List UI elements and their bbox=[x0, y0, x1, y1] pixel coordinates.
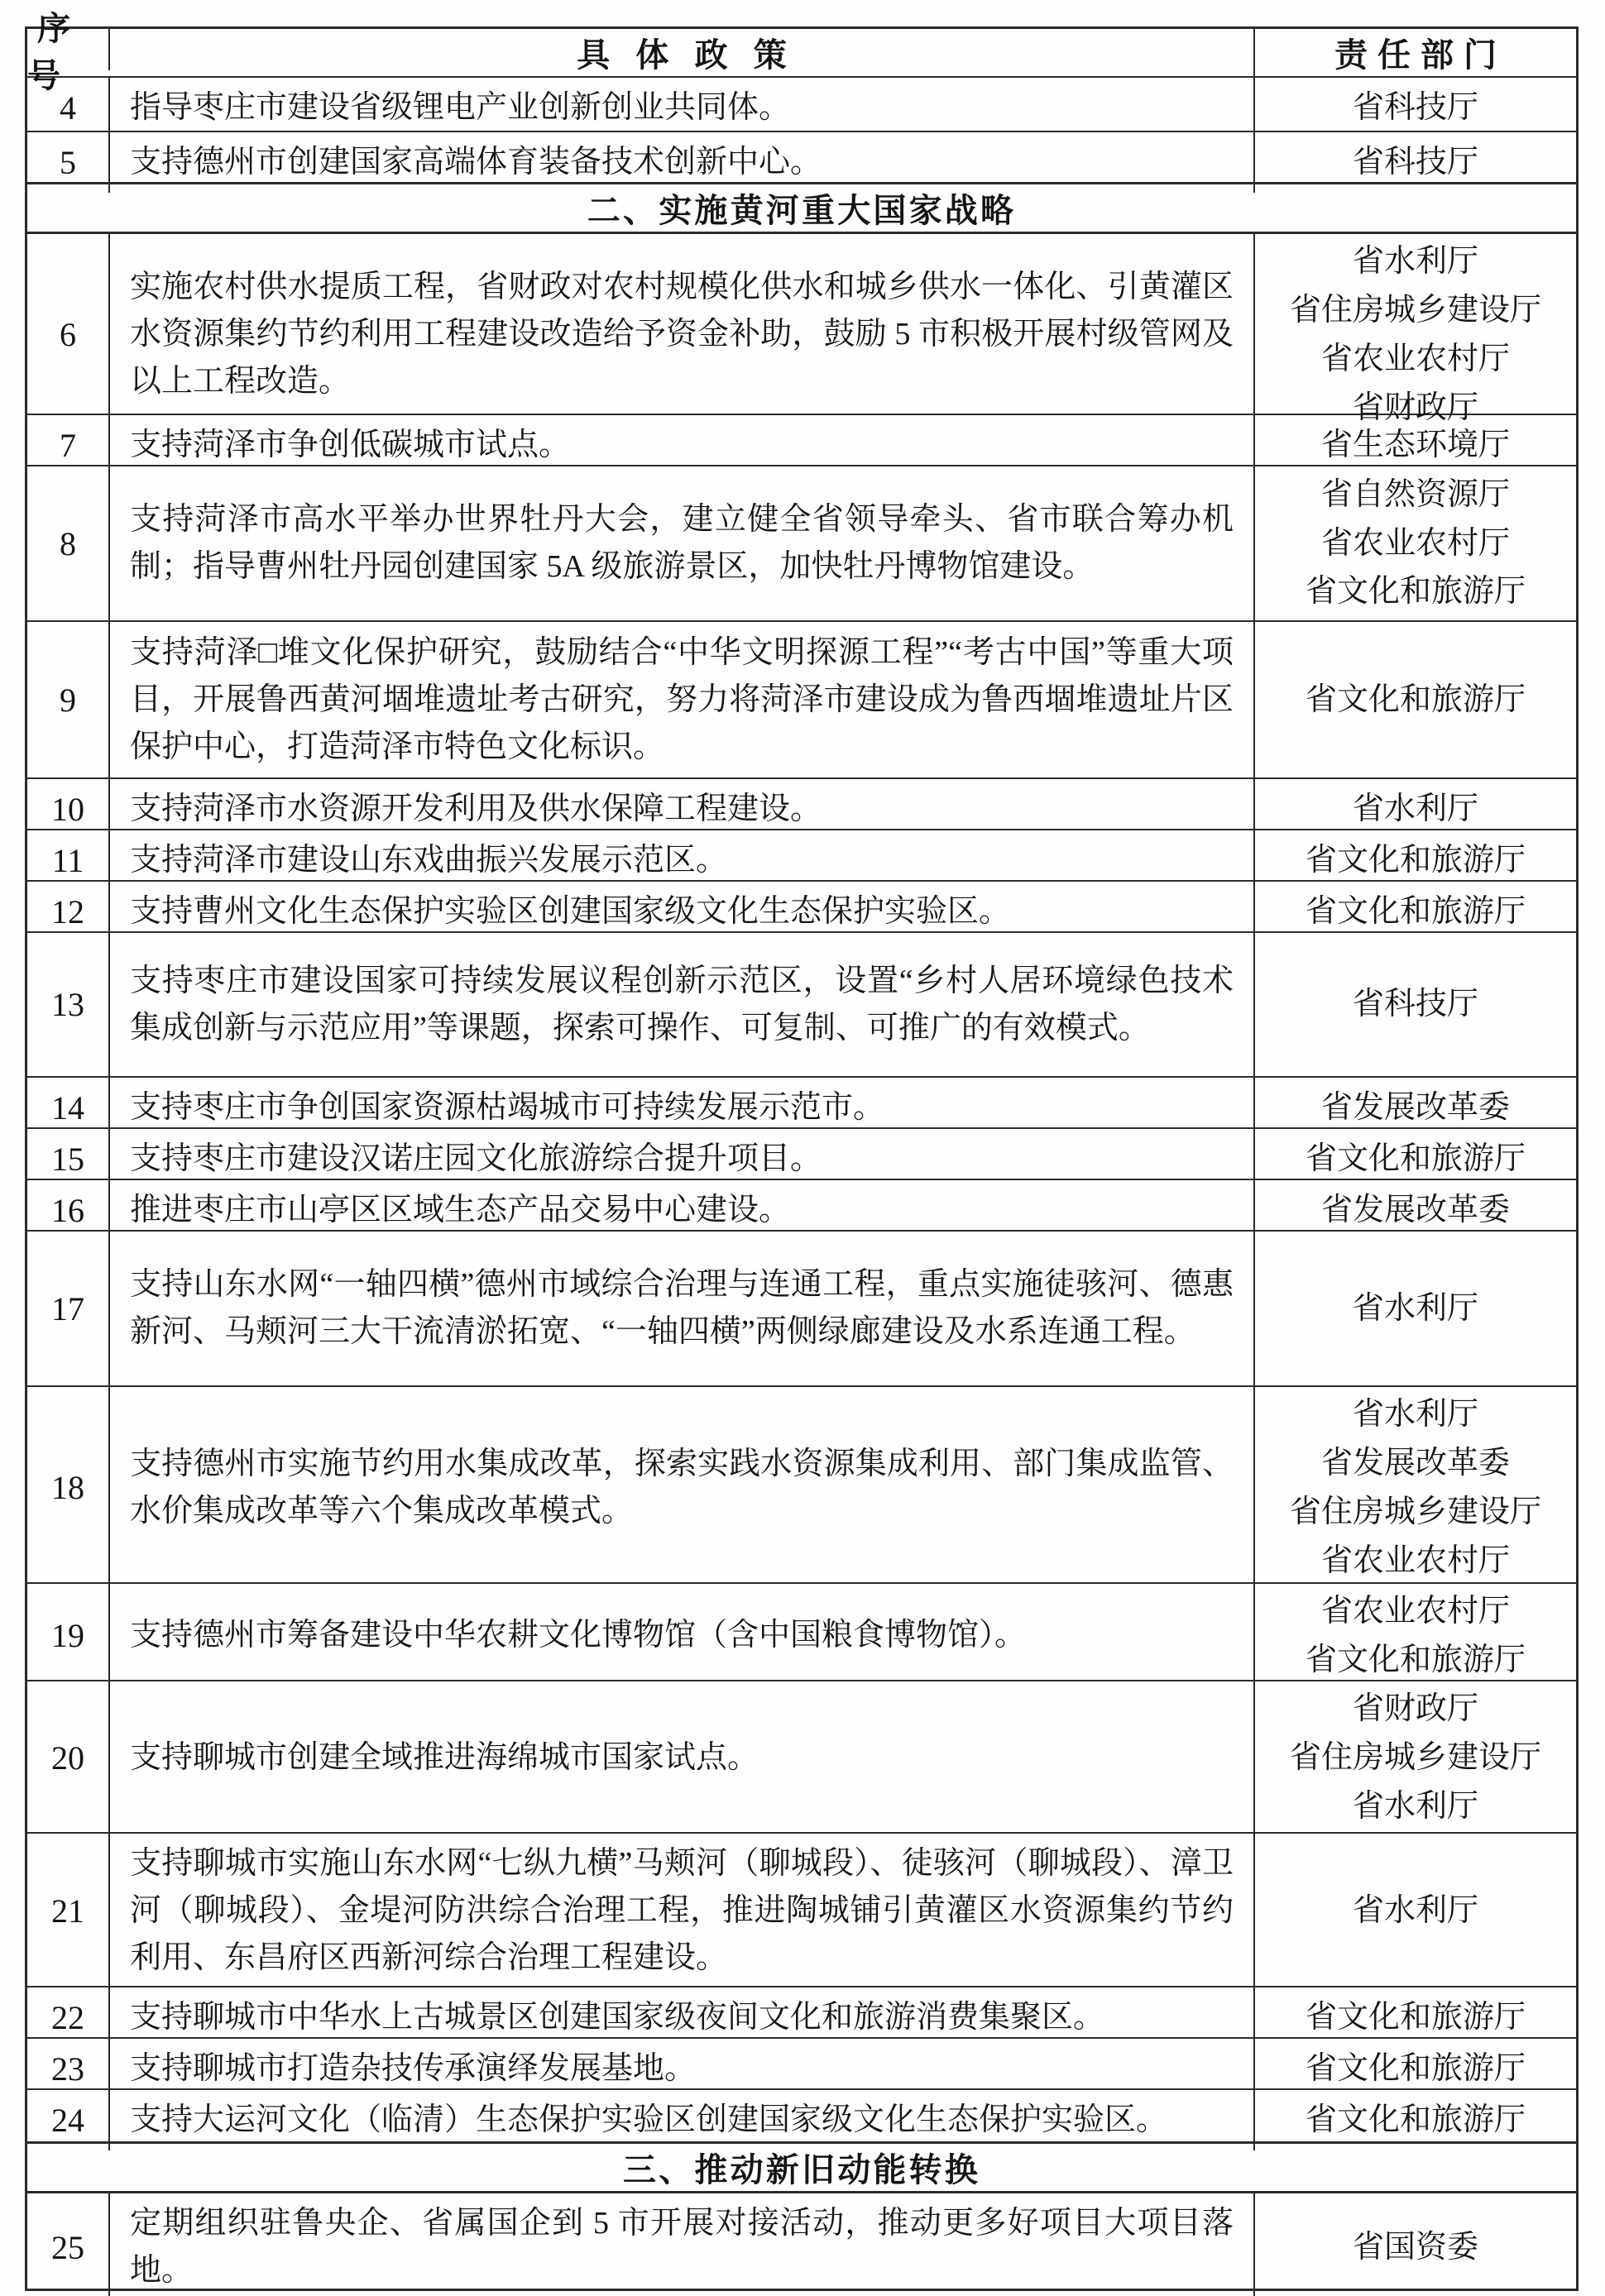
table-row: 5 支持德州市创建国家高端体育装备技术创新中心。 省科技厅 bbox=[27, 131, 1576, 182]
department-line: 省生态环境厅 bbox=[1321, 421, 1510, 470]
row-number-cell: 20 bbox=[27, 1681, 110, 1834]
department-line: 省水利厅 bbox=[1353, 1782, 1478, 1831]
table-row: 10 支持菏泽市水资源开发利用及供水保障工程建设。 省水利厅 bbox=[27, 777, 1576, 829]
department-line: 省文化和旅游厅 bbox=[1306, 2096, 1526, 2145]
table-row: 15 支持枣庄市建设汉诺庄园文化旅游综合提升项目。 省文化和旅游厅 bbox=[27, 1127, 1576, 1179]
row-number-cell: 19 bbox=[27, 1584, 110, 1688]
department-line: 省住房城乡建设厅 bbox=[1290, 1488, 1541, 1537]
policy-text: 支持枣庄市建设汉诺庄园文化旅游综合提升项目。 bbox=[130, 1136, 1234, 1183]
policy-cell: 支持德州市实施节约用水集成改革，探索实践水资源集成利用、部门集成监管、水价集成改… bbox=[110, 1387, 1255, 1589]
department-line: 省发展改革委 bbox=[1321, 1186, 1510, 1235]
department-line: 省科技厅 bbox=[1353, 84, 1478, 132]
department-line: 省国资委 bbox=[1353, 2223, 1478, 2272]
policy-text: 实施农村供水提质工程，省财政对农村规模化供水和城乡供水一体化、引黄灌区水资源集约… bbox=[130, 264, 1234, 405]
header-policy: 具体政策 bbox=[110, 29, 1255, 76]
department-cell: 省国资委 bbox=[1255, 2193, 1576, 2296]
policy-text: 支持德州市实施节约用水集成改革，探索实践水资源集成利用、部门集成监管、水价集成改… bbox=[130, 1441, 1234, 1535]
table-row: 20 支持聊城市创建全域推进海绵城市国家试点。 省财政厅 省住房城乡建设厅 省水… bbox=[27, 1680, 1576, 1832]
department-cell: 省科技厅 bbox=[1255, 78, 1576, 138]
department-line: 省水利厅 bbox=[1353, 237, 1478, 286]
row-number-cell: 6 bbox=[27, 234, 110, 436]
policy-cell: 支持大运河文化（临清）生态保护实验区创建国家级文化生态保护实验区。 bbox=[110, 2090, 1255, 2150]
policy-text: 支持德州市筹备建设中华农耕文化博物馆（含中国粮食博物馆）。 bbox=[130, 1612, 1234, 1659]
policy-text: 定期组织驻鲁央企、省属国企到 5 市开展对接活动，推动更多好项目大项目落地。 bbox=[130, 2200, 1234, 2294]
policy-cell: 支持枣庄市建设国家可持续发展议程创新示范区，设置“乡村人居环境绿色技术集成创新与… bbox=[110, 933, 1255, 1076]
row-number-cell: 13 bbox=[27, 933, 110, 1076]
policy-text: 支持菏泽市高水平举办世界牡丹大会，建立健全省领导牵头、省市联合筹办机制；指导曹州… bbox=[130, 496, 1234, 591]
table-row: 19 支持德州市筹备建设中华农耕文化博物馆（含中国粮食博物馆）。 省农业农村厅 … bbox=[27, 1582, 1576, 1680]
policy-text: 支持聊城市打造杂技传承演绎发展基地。 bbox=[130, 2045, 1234, 2093]
policy-text: 指导枣庄市建设省级锂电产业创新创业共同体。 bbox=[130, 84, 1234, 132]
header-serial-number: 序号 bbox=[27, 29, 110, 70]
department-cell: 省水利厅 省住房城乡建设厅 省农业农村厅 省财政厅 bbox=[1255, 234, 1576, 436]
table-row: 9 支持菏泽□堆文化保护研究，鼓励结合“中华文明探源工程”“考古中国”等重大项目… bbox=[27, 620, 1576, 777]
row-number-cell: 21 bbox=[27, 1834, 110, 1988]
policy-text: 支持枣庄市建设国家可持续发展议程创新示范区，设置“乡村人居环境绿色技术集成创新与… bbox=[130, 958, 1234, 1052]
policy-cell: 定期组织驻鲁央企、省属国企到 5 市开展对接活动，推动更多好项目大项目落地。 bbox=[110, 2193, 1255, 2296]
table-row: 13 支持枣庄市建设国家可持续发展议程创新示范区，设置“乡村人居环境绿色技术集成… bbox=[27, 931, 1576, 1076]
policy-text: 支持聊城市创建全域推进海绵城市国家试点。 bbox=[130, 1734, 1234, 1782]
policy-cell: 支持聊城市实施山东水网“七纵九横”马颊河（聊城段）、徒骇河（聊城段）、漳卫河（聊… bbox=[110, 1834, 1255, 1988]
department-line: 省文化和旅游厅 bbox=[1306, 887, 1526, 936]
department-cell: 省文化和旅游厅 bbox=[1255, 2090, 1576, 2150]
table-row: 7 支持菏泽市争创低碳城市试点。 省生态环境厅 bbox=[27, 414, 1576, 465]
policy-cell: 支持聊城市创建全域推进海绵城市国家试点。 bbox=[110, 1681, 1255, 1834]
table-row: 21 支持聊城市实施山东水网“七纵九横”马颊河（聊城段）、徒骇河（聊城段）、漳卫… bbox=[27, 1832, 1576, 1986]
department-line: 省农业农村厅 bbox=[1321, 519, 1510, 568]
table-row: 17 支持山东水网“一轴四横”德州市域综合治理与连通工程，重点实施徒骇河、德惠新… bbox=[27, 1230, 1576, 1385]
policy-text: 支持山东水网“一轴四横”德州市域综合治理与连通工程，重点实施徒骇河、德惠新河、马… bbox=[130, 1261, 1234, 1356]
policy-text: 支持聊城市中华水上古城景区创建国家级夜间文化和旅游消费集聚区。 bbox=[130, 1994, 1234, 2041]
department-line: 省财政厅 bbox=[1353, 1685, 1478, 1734]
section-title: 二、实施黄河重大国家战略 bbox=[587, 184, 1016, 232]
policy-cell: 支持菏泽□堆文化保护研究，鼓励结合“中华文明探源工程”“考古中国”等重大项目，开… bbox=[110, 622, 1255, 777]
department-cell: 省科技厅 bbox=[1255, 132, 1576, 193]
table-row: 24 支持大运河文化（临清）生态保护实验区创建国家级文化生态保护实验区。 省文化… bbox=[27, 2088, 1576, 2141]
row-number-cell: 8 bbox=[27, 466, 110, 620]
document-page: 序号 具体政策 责任部门 4 指导枣庄市建设省级锂电产业创新创业共同体。 省科技… bbox=[0, 0, 1605, 2296]
policy-text: 支持菏泽市争创低碳城市试点。 bbox=[130, 422, 1234, 469]
policy-cell: 支持山东水网“一轴四横”德州市域综合治理与连通工程，重点实施徒骇河、德惠新河、马… bbox=[110, 1232, 1255, 1385]
department-cell: 省财政厅 省住房城乡建设厅 省水利厅 bbox=[1255, 1681, 1576, 1834]
policy-text: 支持枣庄市争创国家资源枯竭城市可持续发展示范市。 bbox=[130, 1084, 1234, 1131]
table-row: 4 指导枣庄市建设省级锂电产业创新创业共同体。 省科技厅 bbox=[27, 76, 1576, 131]
table-row: 12 支持曹州文化生态保护实验区创建国家级文化生态保护实验区。 省文化和旅游厅 bbox=[27, 880, 1576, 931]
policy-text: 支持菏泽□堆文化保护研究，鼓励结合“中华文明探源工程”“考古中国”等重大项目，开… bbox=[130, 629, 1234, 771]
table-row: 6 实施农村供水提质工程，省财政对农村规模化供水和城乡供水一体化、引黄灌区水资源… bbox=[27, 232, 1576, 414]
header-department: 责任部门 bbox=[1255, 29, 1576, 76]
table-row: 8 支持菏泽市高水平举办世界牡丹大会，建立健全省领导牵头、省市联合筹办机制；指导… bbox=[27, 465, 1576, 620]
table-row: 16 推进枣庄市山亭区区域生态产品交易中心建设。 省发展改革委 bbox=[27, 1179, 1576, 1230]
policy-table: 序号 具体政策 责任部门 4 指导枣庄市建设省级锂电产业创新创业共同体。 省科技… bbox=[25, 26, 1579, 2291]
department-line: 省水利厅 bbox=[1353, 1284, 1478, 1333]
department-line: 省农业农村厅 bbox=[1321, 1587, 1510, 1636]
department-line: 省水利厅 bbox=[1353, 785, 1478, 834]
department-line: 省发展改革委 bbox=[1321, 1083, 1510, 1132]
row-number-cell: 5 bbox=[27, 132, 110, 193]
policy-cell: 指导枣庄市建设省级锂电产业创新创业共同体。 bbox=[110, 78, 1255, 138]
policy-text: 支持大运河文化（临清）生态保护实验区创建国家级文化生态保护实验区。 bbox=[130, 2097, 1234, 2144]
department-line: 省水利厅 bbox=[1353, 1390, 1478, 1439]
policy-text: 支持聊城市实施山东水网“七纵九横”马颊河（聊城段）、徒骇河（聊城段）、漳卫河（聊… bbox=[130, 1840, 1234, 1982]
section-title: 三、推动新旧动能转换 bbox=[623, 2144, 980, 2191]
department-line: 省文化和旅游厅 bbox=[1306, 1636, 1526, 1685]
department-line: 省住房城乡建设厅 bbox=[1290, 1734, 1541, 1782]
department-line: 省发展改革委 bbox=[1321, 1439, 1510, 1488]
table-header-row: 序号 具体政策 责任部门 bbox=[27, 29, 1576, 76]
department-line: 省文化和旅游厅 bbox=[1306, 2045, 1526, 2093]
department-line: 省文化和旅游厅 bbox=[1306, 676, 1526, 725]
department-line: 省住房城乡建设厅 bbox=[1290, 286, 1541, 335]
department-cell: 省科技厅 bbox=[1255, 933, 1576, 1076]
department-line: 省科技厅 bbox=[1353, 980, 1478, 1029]
department-line: 省农业农村厅 bbox=[1321, 1537, 1510, 1586]
table-row: 25 定期组织驻鲁央企、省属国企到 5 市开展对接活动，推动更多好项目大项目落地… bbox=[27, 2191, 1576, 2289]
department-line: 省文化和旅游厅 bbox=[1306, 1993, 1526, 2042]
row-number-cell: 25 bbox=[27, 2193, 110, 2296]
department-cell: 省自然资源厅 省农业农村厅 省文化和旅游厅 bbox=[1255, 466, 1576, 620]
row-number-cell: 4 bbox=[27, 78, 110, 138]
department-cell: 省农业农村厅 省文化和旅游厅 bbox=[1255, 1584, 1576, 1688]
policy-cell: 实施农村供水提质工程，省财政对农村规模化供水和城乡供水一体化、引黄灌区水资源集约… bbox=[110, 234, 1255, 436]
row-number-cell: 24 bbox=[27, 2090, 110, 2150]
department-cell: 省水利厅 bbox=[1255, 1232, 1576, 1385]
department-line: 省文化和旅游厅 bbox=[1306, 567, 1526, 616]
table-row: 22 支持聊城市中华水上古城景区创建国家级夜间文化和旅游消费集聚区。 省文化和旅… bbox=[27, 1986, 1576, 2037]
department-line: 省文化和旅游厅 bbox=[1306, 1135, 1526, 1184]
department-cell: 省水利厅 bbox=[1255, 1834, 1576, 1988]
department-line: 省科技厅 bbox=[1353, 138, 1478, 187]
policy-text: 支持曹州文化生态保护实验区创建国家级文化生态保护实验区。 bbox=[130, 888, 1234, 935]
row-number-cell: 9 bbox=[27, 622, 110, 777]
policy-cell: 支持德州市筹备建设中华农耕文化博物馆（含中国粮食博物馆）。 bbox=[110, 1584, 1255, 1688]
policy-cell: 支持菏泽市高水平举办世界牡丹大会，建立健全省领导牵头、省市联合筹办机制；指导曹州… bbox=[110, 466, 1255, 620]
policy-text: 支持菏泽市建设山东戏曲振兴发展示范区。 bbox=[130, 837, 1234, 884]
table-row: 11 支持菏泽市建设山东戏曲振兴发展示范区。 省文化和旅游厅 bbox=[27, 829, 1576, 880]
department-line: 省自然资源厅 bbox=[1321, 471, 1510, 519]
department-cell: 省水利厅 省发展改革委 省住房城乡建设厅 省农业农村厅 bbox=[1255, 1387, 1576, 1589]
table-row: 14 支持枣庄市争创国家资源枯竭城市可持续发展示范市。 省发展改革委 bbox=[27, 1076, 1576, 1127]
table-row: 18 支持德州市实施节约用水集成改革，探索实践水资源集成利用、部门集成监管、水价… bbox=[27, 1385, 1576, 1582]
policy-text: 支持德州市创建国家高端体育装备技术创新中心。 bbox=[130, 139, 1234, 186]
policy-text: 推进枣庄市山亭区区域生态产品交易中心建设。 bbox=[130, 1187, 1234, 1234]
department-cell: 省文化和旅游厅 bbox=[1255, 622, 1576, 777]
table-row: 23 支持聊城市打造杂技传承演绎发展基地。 省文化和旅游厅 bbox=[27, 2037, 1576, 2088]
row-number-cell: 17 bbox=[27, 1232, 110, 1385]
department-line: 省文化和旅游厅 bbox=[1306, 836, 1526, 885]
department-line: 省农业农村厅 bbox=[1321, 335, 1510, 384]
policy-text: 支持菏泽市水资源开发利用及供水保障工程建设。 bbox=[130, 786, 1234, 833]
row-number-cell: 18 bbox=[27, 1387, 110, 1589]
department-line: 省水利厅 bbox=[1353, 1887, 1478, 1935]
